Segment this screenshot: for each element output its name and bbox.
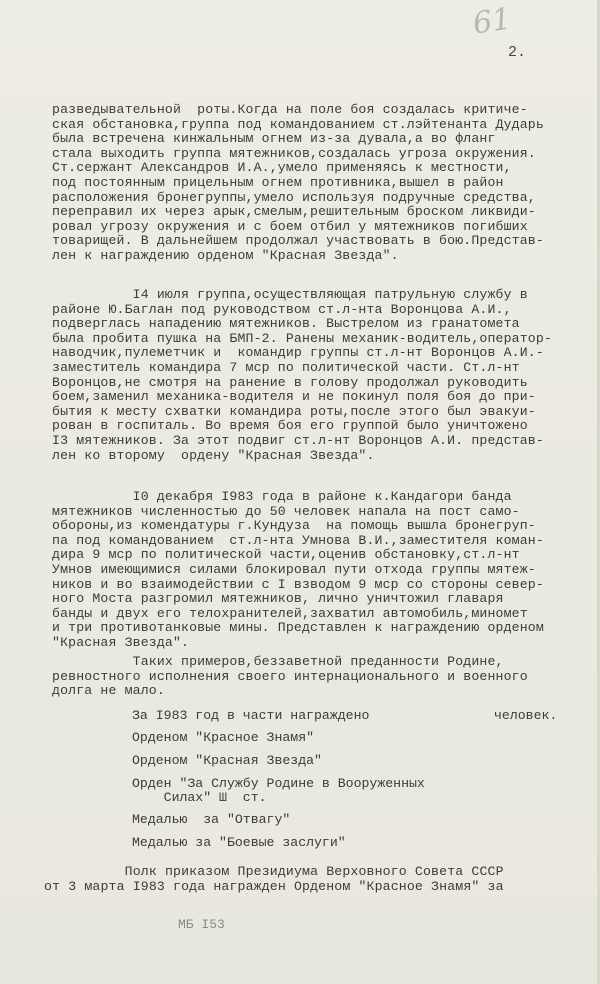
award-item: Медалью за "Отвагу" xyxy=(132,813,290,827)
text-line: I4 июля группа,осуществляющая патрульную… xyxy=(52,288,528,302)
awards-header: За I983 год в части награждено xyxy=(132,709,369,723)
text-line: обороны,из комендатуры г.Кундуза на помо… xyxy=(52,519,536,533)
text-line: товарищей. В дальнейшем продолжал участв… xyxy=(52,234,544,248)
text-line: ская обстановка,группа под командованием… xyxy=(52,118,544,132)
text-line: расположения бронегруппы,умело используя… xyxy=(52,191,536,205)
text-line: банды и двух его телохранителей,захватил… xyxy=(52,607,528,621)
handwritten-folio-number: 61 xyxy=(471,2,514,42)
text-line: Ст.сержант Александров И.А.,умело примен… xyxy=(52,161,512,175)
text-line: наводчик,пулеметчик и командир группы ст… xyxy=(52,346,544,360)
text-line: ного Моста разгромил мятежников, лично у… xyxy=(52,592,504,606)
text-line: ников и во взаимодействии с I взводом 9 … xyxy=(52,578,544,592)
text-line: и три противотанковые мины. Представлен … xyxy=(52,621,544,635)
text-line: долга не мало. xyxy=(52,684,165,698)
text-line: Умнов имеющимися силами блокировал пути … xyxy=(52,563,536,577)
text-line: под постоянным прицельным огнем противни… xyxy=(52,176,504,190)
text-line: I3 мятежников. За этот подвиг ст.л-нт Во… xyxy=(52,434,544,448)
text-line: разведывательной роты.Когда на поле боя … xyxy=(52,103,528,117)
text-line: ревностного исполнения своего интернацио… xyxy=(52,670,528,684)
text-line: бытия к месту схватки командира роты,пос… xyxy=(52,405,536,419)
award-item: Орденом "Красная Звезда" xyxy=(132,754,322,768)
closing-line: от 3 марта I983 года награжден Орденом "… xyxy=(44,880,504,894)
text-line: рован в госпиталь. Во время боя его груп… xyxy=(52,419,528,433)
award-item: Орден "За Службу Родине в Вооруженных xyxy=(132,777,425,791)
text-line: дира 9 мср по политической части,оценив … xyxy=(52,548,520,562)
text-line: Таких примеров,беззаветной преданности Р… xyxy=(52,655,504,669)
awards-header-suffix: человек. xyxy=(494,709,557,723)
text-line: "Красная Звезда". xyxy=(52,636,189,650)
award-item: Орденом "Красное Знамя" xyxy=(132,731,314,745)
text-line: была встречена кинжальным огнем из-за ду… xyxy=(52,132,496,146)
text-line: мятежников численностью до 50 человек на… xyxy=(52,505,520,519)
text-line: была пробита пушка на БМП-2. Ранены меха… xyxy=(52,332,552,346)
text-line: лен ко второму ордену "Красная Звезда". xyxy=(52,449,375,463)
text-line: стала выходить группа мятежников,создала… xyxy=(52,147,536,161)
text-line: районе Ю.Баглан под руководством ст.л-нт… xyxy=(52,303,512,317)
document-page: 61 2. разведывательной роты.Когда на пол… xyxy=(0,0,600,984)
text-line: подверглась нападению мятежников. Выстре… xyxy=(52,317,520,331)
page-number: 2. xyxy=(508,44,526,61)
text-line: лен к награждению орденом "Красная Звезд… xyxy=(52,249,399,263)
award-item: Медалью за "Боевые заслуги" xyxy=(132,836,346,850)
text-line: Воронцов,не смотря на ранение в голову п… xyxy=(52,376,528,390)
text-line: ровал угрозу окружения и с боем отбил у … xyxy=(52,220,528,234)
text-line: I0 декабря I983 года в районе к.Кандагор… xyxy=(52,490,512,504)
closing-line: Полк приказом Президиума Верховного Сове… xyxy=(44,865,504,879)
text-line: переправил их через арык,смелым,решитель… xyxy=(52,205,536,219)
text-line: заместитель командира 7 мср по политичес… xyxy=(52,361,520,375)
archive-stamp: МБ I53 xyxy=(178,917,225,932)
text-line: па под командованием ст.л-нта Умнова В.И… xyxy=(52,534,544,548)
award-item: Силах" Ш ст. xyxy=(132,791,267,805)
text-line: боем,заменил механика-водителя и не поки… xyxy=(52,390,536,404)
